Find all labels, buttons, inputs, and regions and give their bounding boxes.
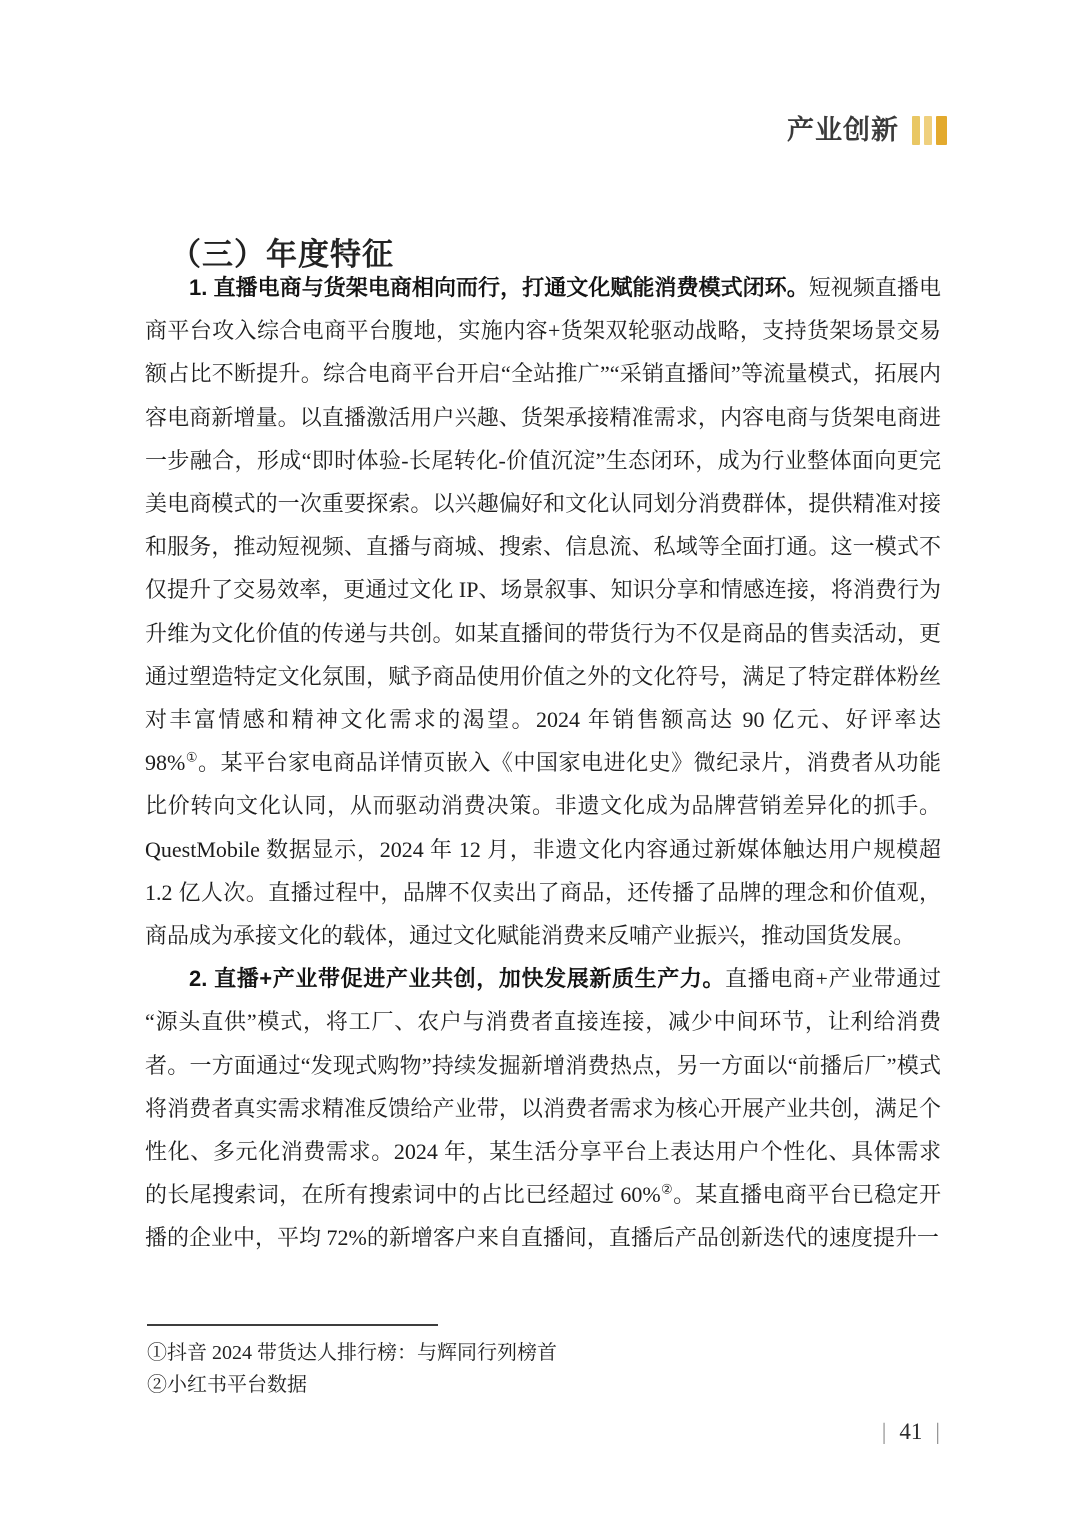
paragraph-2-text-a: 直播电商+产业带通过“源头直供”模式，将工厂、农户与消费者直接连接，减少中间环节… <box>145 966 941 1207</box>
paragraph-1-text-a: 短视频直播电商平台攻入综合电商平台腹地，实施内容+货架双轮驱动战略，支持货架场景… <box>145 275 941 775</box>
page-number: | 41 | <box>882 1417 940 1447</box>
footnote-ref-2: ② <box>661 1182 673 1197</box>
gold-bar-2 <box>924 116 932 145</box>
footnote-2: ②小红书平台数据 <box>147 1369 847 1401</box>
paragraph-2-lead: 2. 直播+产业带促进产业共创，加快发展新质生产力。 <box>189 966 725 991</box>
footnote-1: ①抖音 2024 带货达人排行榜：与辉同行列榜首 <box>147 1337 847 1369</box>
paragraph-1-lead: 1. 直播电商与货架电商相向而行，打通文化赋能消费模式闭环。 <box>189 275 809 300</box>
section-label: 产业创新 <box>787 117 899 144</box>
document-page: 产业创新 （三）年度特征 1. 直播电商与货架电商相向而行，打通文化赋能消费模式… <box>0 0 1080 1528</box>
page-number-value: 41 <box>899 1417 922 1447</box>
footnote-ref-1: ① <box>185 750 198 765</box>
body-content: 1. 直播电商与货架电商相向而行，打通文化赋能消费模式闭环。短视频直播电商平台攻… <box>145 266 941 1260</box>
footnote-separator <box>147 1324 438 1326</box>
paragraph-1: 1. 直播电商与货架电商相向而行，打通文化赋能消费模式闭环。短视频直播电商平台攻… <box>145 266 941 957</box>
gold-bar-1 <box>912 116 920 145</box>
page-number-left-bar: | <box>882 1417 887 1447</box>
paragraph-2: 2. 直播+产业带促进产业共创，加快发展新质生产力。直播电商+产业带通过“源头直… <box>145 957 941 1259</box>
footnotes: ①抖音 2024 带货达人排行榜：与辉同行列榜首 ②小红书平台数据 <box>147 1337 847 1401</box>
paragraph-1-text-b: 。某平台家电商品详情页嵌入《中国家电进化史》微纪录片，消费者从功能比价转向文化认… <box>145 750 941 948</box>
page-header: 产业创新 <box>787 116 947 145</box>
gold-bar-3 <box>936 116 947 145</box>
page-number-right-bar: | <box>935 1417 940 1447</box>
gold-bars-icon <box>912 116 947 145</box>
